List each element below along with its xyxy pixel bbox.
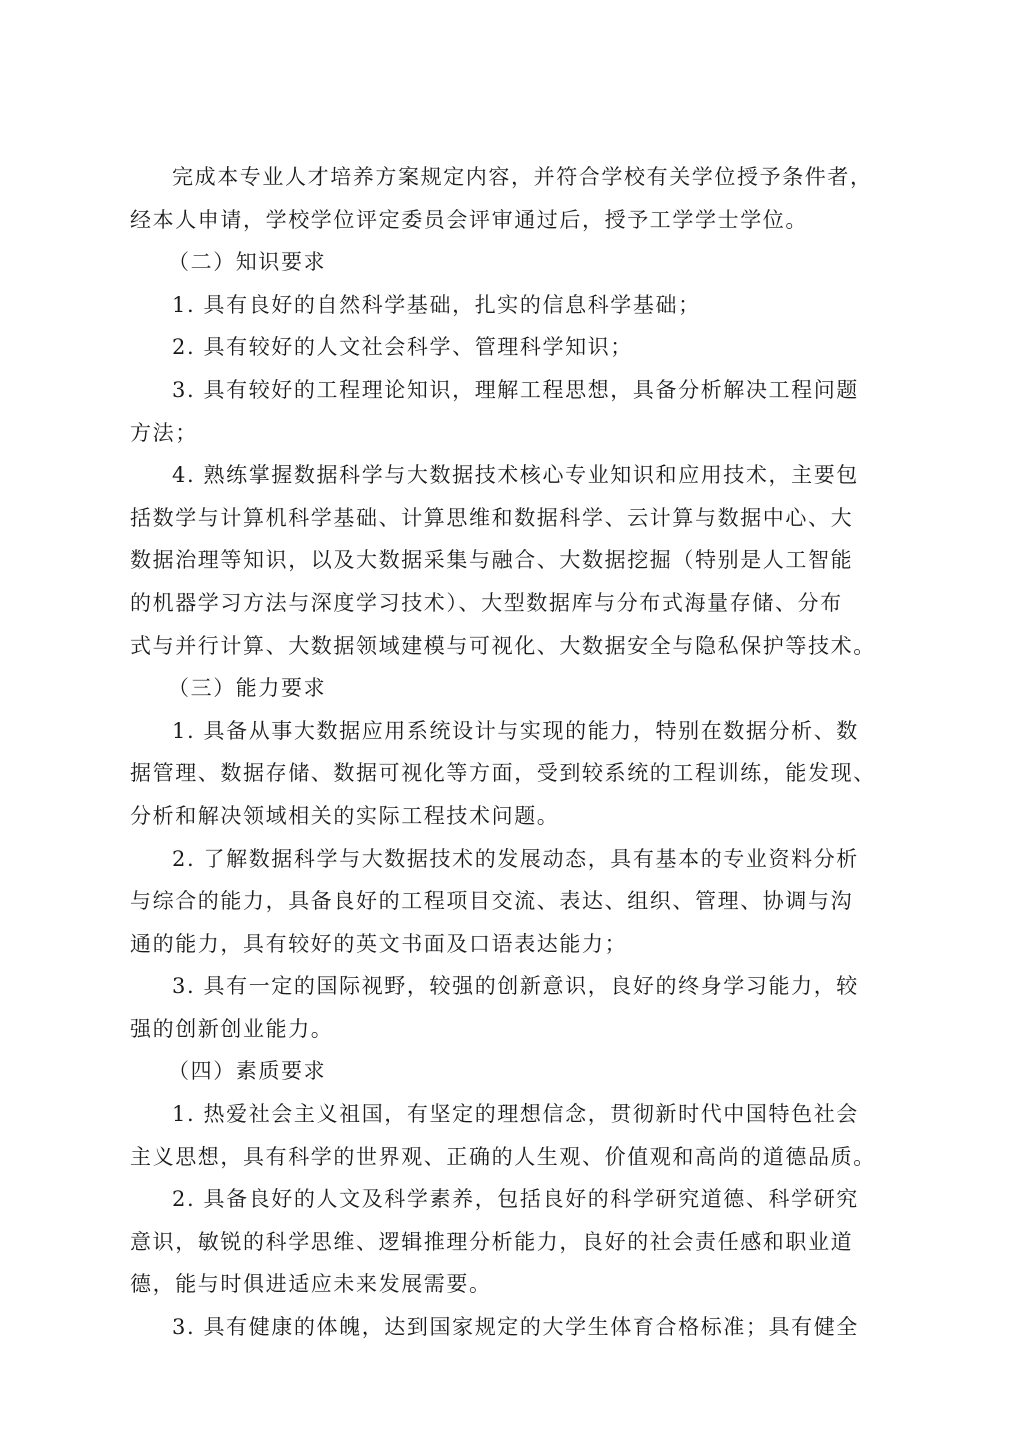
list-item-line: 方法；	[130, 412, 900, 455]
section-heading-quality: （四）素质要求	[130, 1050, 900, 1093]
paragraph-line: 完成本专业人才培养方案规定内容，并符合学校有关学位授予条件者，	[130, 156, 900, 199]
list-item-line: 3. 具有较好的工程理论知识，理解工程思想，具备分析解决工程问题	[130, 369, 900, 412]
document-page: 完成本专业人才培养方案规定内容，并符合学校有关学位授予条件者， 经本人申请，学校…	[0, 0, 1024, 1448]
list-item-line: 数据治理等知识，以及大数据采集与融合、大数据挖掘（特别是人工智能	[130, 539, 900, 582]
list-item-line: 通的能力，具有较好的英文书面及口语表达能力；	[130, 923, 900, 966]
list-item-line: 德，能与时俱进适应未来发展需要。	[130, 1263, 900, 1306]
list-item-line: 3. 具有健康的体魄，达到国家规定的大学生体育合格标准；具有健全	[130, 1306, 900, 1349]
list-item-line: 意识，敏锐的科学思维、逻辑推理分析能力，良好的社会责任感和职业道	[130, 1221, 900, 1264]
list-item-line: 2. 具备良好的人文及科学素养，包括良好的科学研究道德、科学研究	[130, 1178, 900, 1221]
list-item-line: 2. 具有较好的人文社会科学、管理科学知识；	[130, 326, 900, 369]
list-item-line: 1. 具备从事大数据应用系统设计与实现的能力，特别在数据分析、数	[130, 710, 900, 753]
section-heading-knowledge: （二）知识要求	[130, 241, 900, 284]
document-body: 完成本专业人才培养方案规定内容，并符合学校有关学位授予条件者， 经本人申请，学校…	[130, 156, 900, 1349]
list-item-line: 据管理、数据存储、数据可视化等方面，受到较系统的工程训练，能发现、	[130, 752, 900, 795]
list-item-line: 3. 具有一定的国际视野，较强的创新意识，良好的终身学习能力，较	[130, 965, 900, 1008]
list-item-line: 1. 热爱社会主义祖国，有坚定的理想信念，贯彻新时代中国特色社会	[130, 1093, 900, 1136]
list-item-line: 2. 了解数据科学与大数据技术的发展动态，具有基本的专业资料分析	[130, 838, 900, 881]
list-item-line: 强的创新创业能力。	[130, 1008, 900, 1051]
list-item-line: 与综合的能力，具备良好的工程项目交流、表达、组织、管理、协调与沟	[130, 880, 900, 923]
list-item-line: 主义思想，具有科学的世界观、正确的人生观、价值观和高尚的道德品质。	[130, 1136, 900, 1179]
section-heading-ability: （三）能力要求	[130, 667, 900, 710]
list-item-line: 分析和解决领域相关的实际工程技术问题。	[130, 795, 900, 838]
list-item-line: 式与并行计算、大数据领域建模与可视化、大数据安全与隐私保护等技术。	[130, 625, 900, 668]
paragraph-line: 经本人申请，学校学位评定委员会评审通过后，授予工学学士学位。	[130, 199, 900, 242]
list-item-line: 4. 熟练掌握数据科学与大数据技术核心专业知识和应用技术，主要包	[130, 454, 900, 497]
list-item-line: 的机器学习方法与深度学习技术）、大型数据库与分布式海量存储、分布	[130, 582, 900, 625]
list-item-line: 括数学与计算机科学基础、计算思维和数据科学、云计算与数据中心、大	[130, 497, 900, 540]
list-item-line: 1. 具有良好的自然科学基础，扎实的信息科学基础；	[130, 284, 900, 327]
